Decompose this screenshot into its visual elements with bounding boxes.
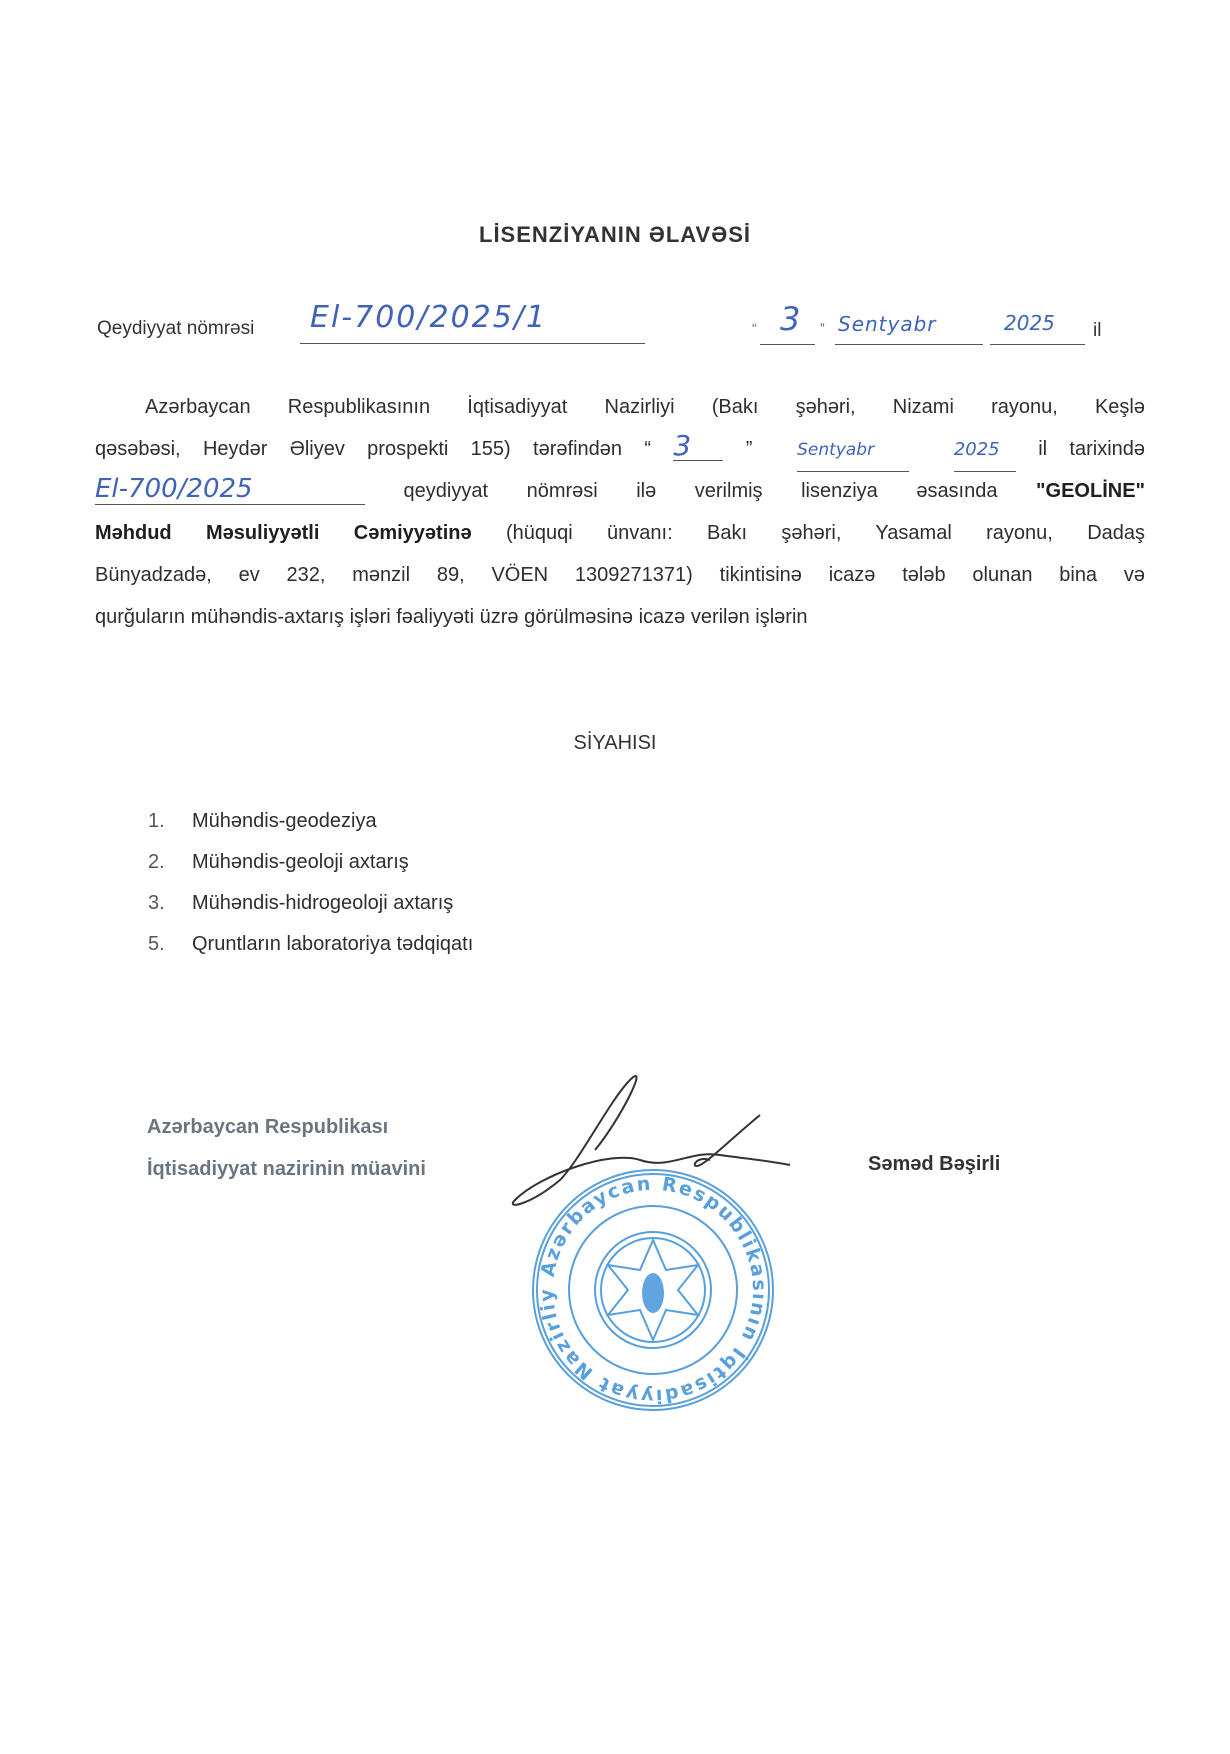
list-item: 5.Qruntların laboratoriya tədqiqatı (148, 933, 473, 974)
registration-underline (300, 343, 645, 344)
date-close-quote: ” (820, 320, 825, 336)
body-line-3: El-700/2025 qeydiyyat nömrəsi ilə verilm… (95, 470, 1145, 512)
works-list: 1.Mühəndis-geodeziya 2.Mühəndis-geoloji … (148, 810, 473, 974)
registration-number-handwritten: El-700/2025/1 (310, 300, 547, 335)
body-date-year-handwritten: 2025 (954, 429, 1016, 472)
year-suffix: il (1093, 320, 1101, 342)
body-paragraph: Azərbaycan Respublikasının İqtisadiyyat … (95, 386, 1145, 638)
list-item: 2.Mühəndis-geoloji axtarış (148, 851, 473, 892)
list-item: 3.Mühəndis-hidrogeoloji axtarış (148, 892, 473, 933)
body-line-5: Bünyadzadə, ev 232, mənzil 89, VÖEN 1309… (95, 554, 1145, 596)
list-item: 1.Mühəndis-geodeziya (148, 810, 473, 851)
signatory-position: Azərbaycan Respublikası İqtisadiyyat naz… (147, 1106, 426, 1190)
date-day-handwritten: 3 (780, 300, 800, 338)
company-name: "GEOLİNE" (1036, 480, 1145, 502)
license-number-handwritten: El-700/2025 (95, 474, 365, 505)
body-date-day-handwritten: 3 (673, 432, 723, 461)
body-line-1: Azərbaycan Respublikasının İqtisadiyyat … (95, 386, 1145, 428)
date-year-underline (990, 344, 1085, 345)
date-year-handwritten: 2025 (1004, 311, 1055, 335)
registration-label: Qeydiyyat nömrəsi (97, 318, 254, 340)
body-line-6: qurğuların mühəndis-axtarış işləri fəali… (95, 596, 1145, 638)
date-day-underline (760, 344, 815, 345)
date-month-handwritten: Sentyabr (838, 312, 937, 336)
signature-icon (500, 1060, 800, 1240)
body-line-4: Məhdud Məsuliyyətli Cəmiyyətinə (hüquqi … (95, 512, 1145, 554)
body-line-2: qəsəbəsi, Heydər Əliyev prospekti 155) t… (95, 428, 1145, 470)
date-open-quote: “ (752, 320, 757, 336)
list-heading: SİYAHISI (0, 732, 1230, 755)
body-date-month-handwritten: Sentyabr (797, 429, 909, 472)
document-title: LİSENZİYANIN ƏLAVƏSİ (0, 222, 1230, 248)
date-month-underline (835, 344, 983, 345)
signatory-name: Səməd Bəşirli (868, 1153, 1000, 1176)
